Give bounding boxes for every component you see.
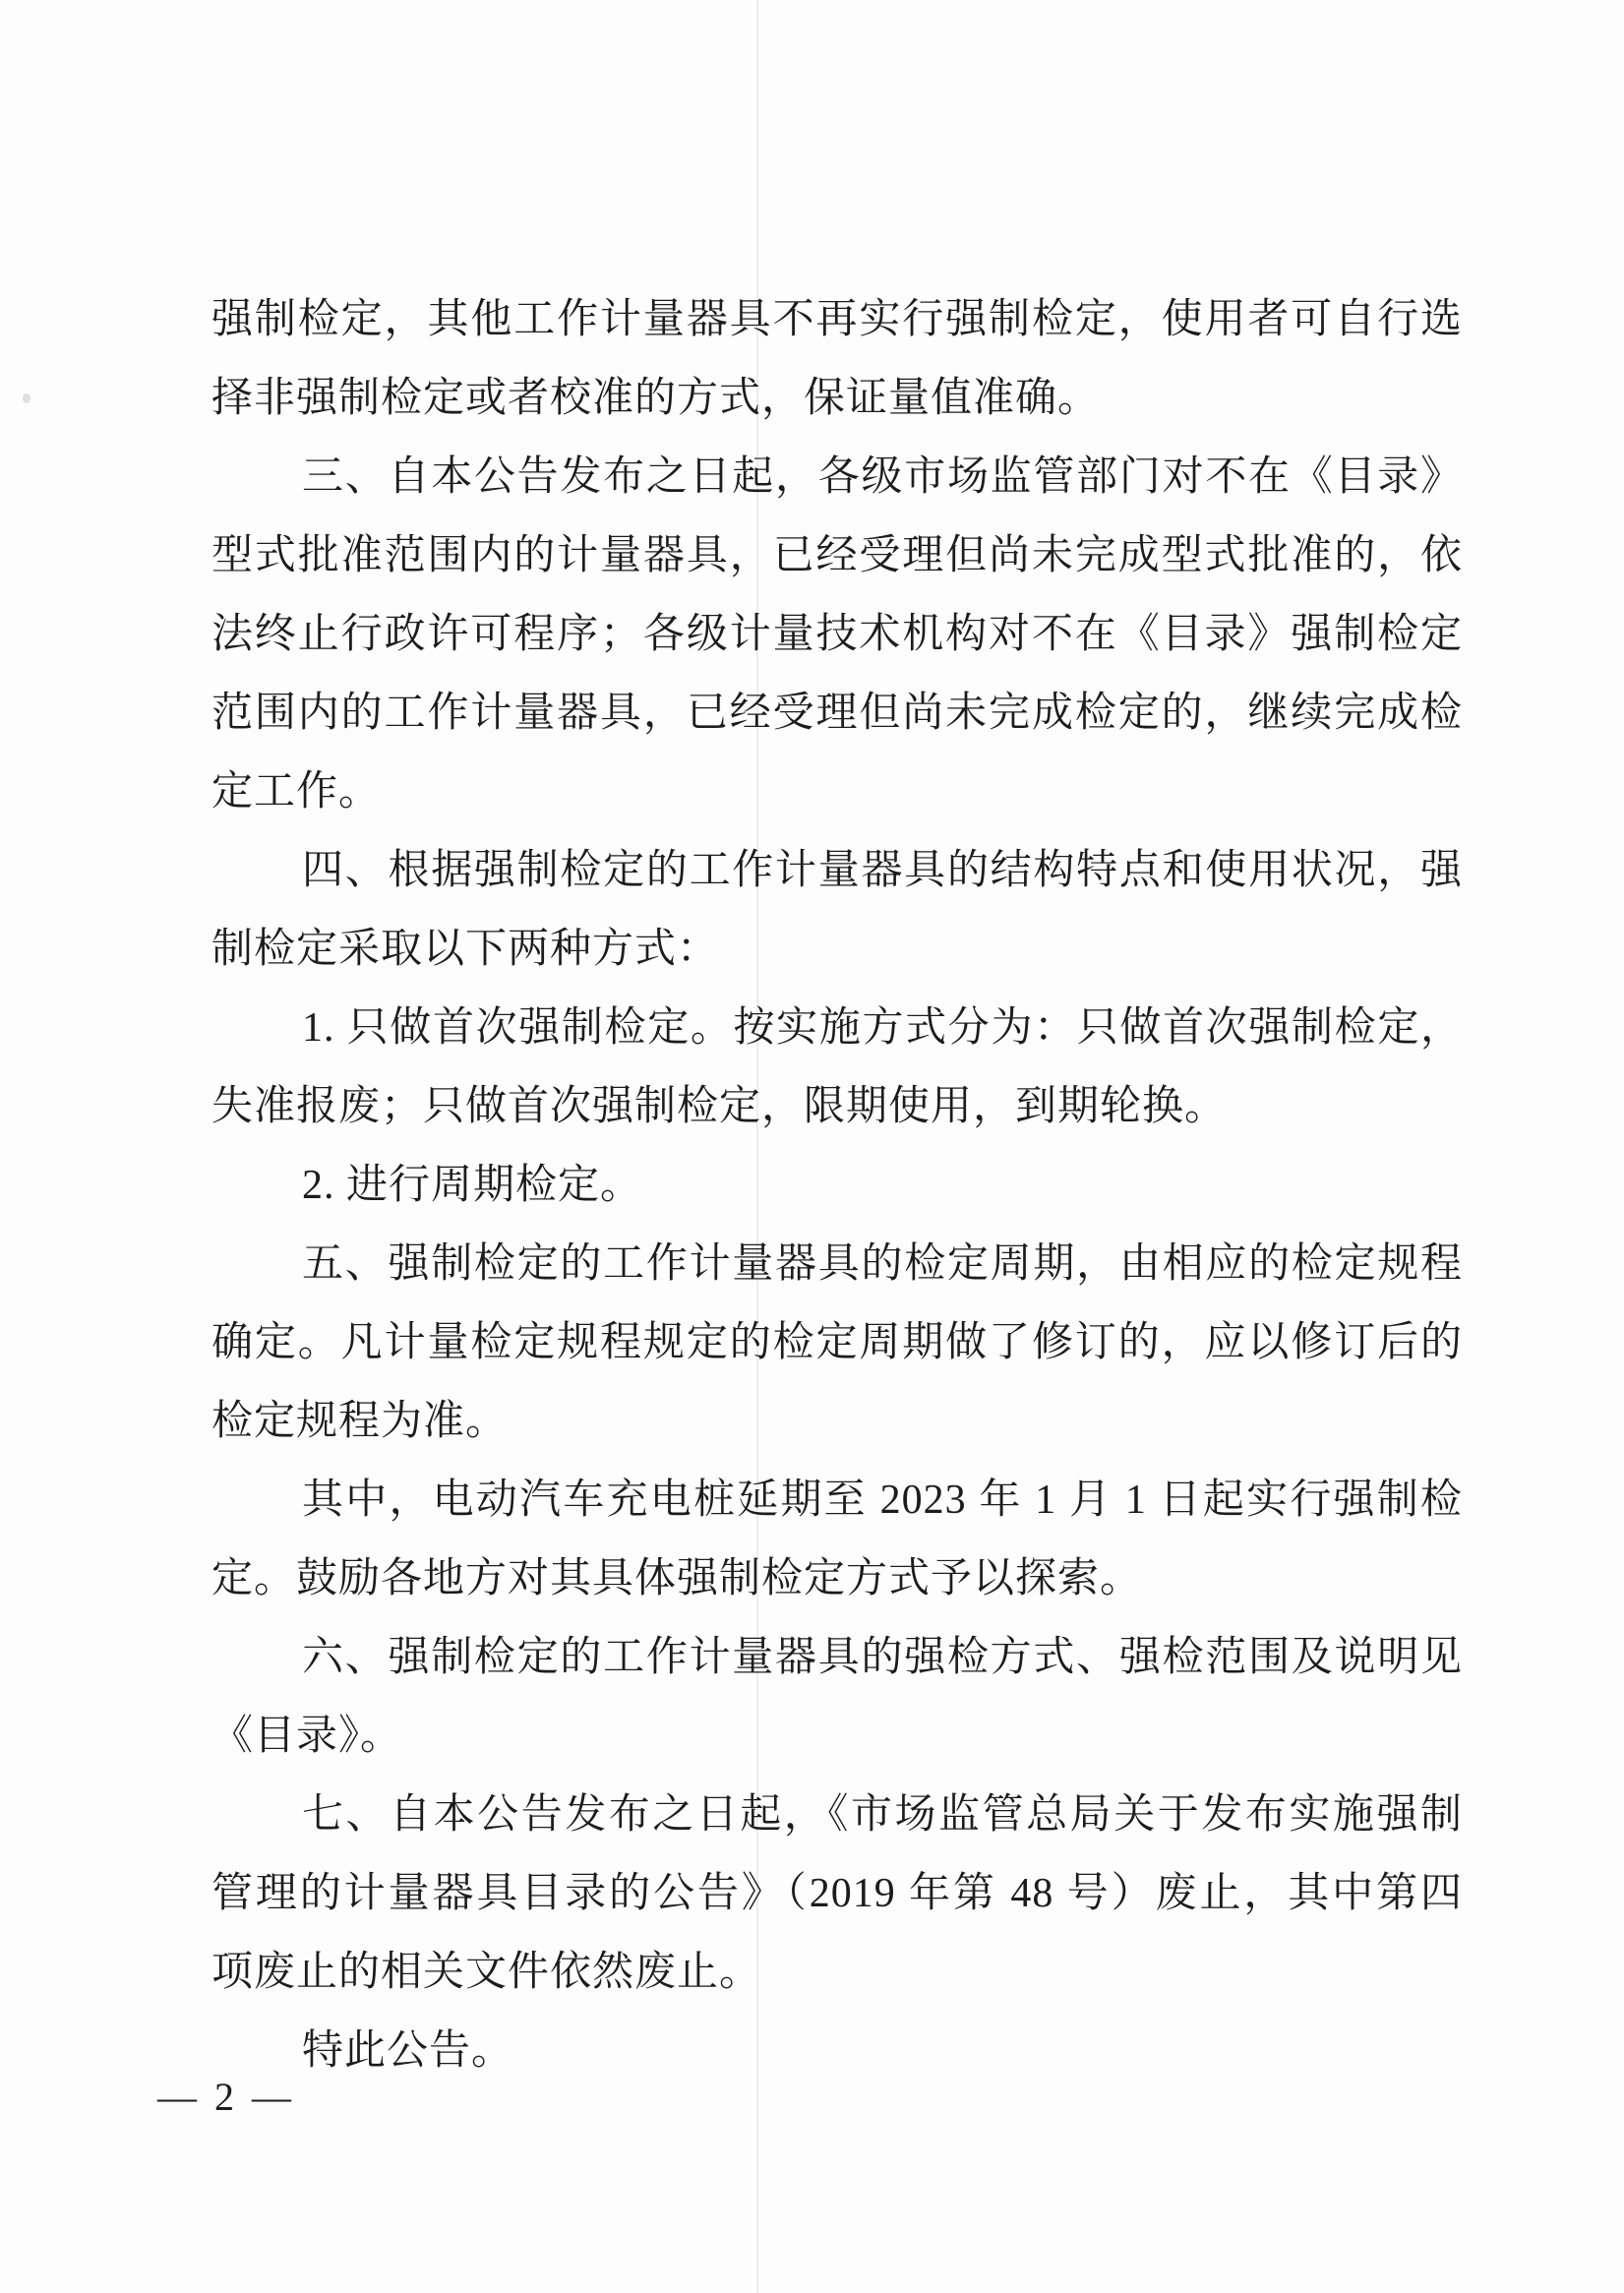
- document-line: 《目录》。: [211, 1697, 1463, 1776]
- document-line: 定工作。: [211, 753, 1463, 831]
- document-line: 三、自本公告发布之日起，各级市场监管部门对不在《目录》: [211, 438, 1463, 516]
- scan-speck: [23, 393, 30, 403]
- document-line: 2. 进行周期检定。: [211, 1146, 1463, 1225]
- document-line: 四、根据强制检定的工作计量器具的结构特点和使用状况，强: [211, 831, 1463, 910]
- document-line: 管理的计量器具目录的公告》（2019 年第 48 号）废止，其中第四: [211, 1854, 1463, 1933]
- document-line: 型式批准范围内的计量器具，已经受理但尚未完成型式批准的，依: [211, 516, 1463, 595]
- document-line: 项废止的相关文件依然废止。: [211, 1933, 1463, 2012]
- page-number: — 2 —: [157, 2074, 295, 2121]
- document-line: 范围内的工作计量器具，已经受理但尚未完成检定的，继续完成检: [211, 674, 1463, 753]
- document-page: 强制检定，其他工作计量器具不再实行强制检定，使用者可自行选择非强制检定或者校准的…: [0, 0, 1624, 2293]
- document-line: 强制检定，其他工作计量器具不再实行强制检定，使用者可自行选: [211, 280, 1463, 359]
- text-block: 强制检定，其他工作计量器具不再实行强制检定，使用者可自行选择非强制检定或者校准的…: [211, 280, 1463, 2090]
- document-line: 确定。凡计量检定规程规定的检定周期做了修订的，应以修订后的: [211, 1303, 1463, 1382]
- document-line: 失准报废；只做首次强制检定，限期使用，到期轮换。: [211, 1067, 1463, 1146]
- document-line: 七、自本公告发布之日起，《市场监管总局关于发布实施强制: [211, 1776, 1463, 1854]
- document-line: 六、强制检定的工作计量器具的强检方式、强检范围及说明见: [211, 1618, 1463, 1697]
- document-line: 定。鼓励各地方对其具体强制检定方式予以探索。: [211, 1539, 1463, 1618]
- document-line: 择非强制检定或者校准的方式，保证量值准确。: [211, 359, 1463, 438]
- document-line: 制检定采取以下两种方式：: [211, 910, 1463, 989]
- document-line: 检定规程为准。: [211, 1382, 1463, 1461]
- document-line: 特此公告。: [211, 2012, 1463, 2090]
- document-line: 其中，电动汽车充电桩延期至 2023 年 1 月 1 日起实行强制检: [211, 1461, 1463, 1539]
- document-line: 五、强制检定的工作计量器具的检定周期，由相应的检定规程: [211, 1225, 1463, 1303]
- document-line: 1. 只做首次强制检定。按实施方式分为：只做首次强制检定，: [211, 989, 1463, 1067]
- document-line: 法终止行政许可程序；各级计量技术机构对不在《目录》强制检定: [211, 595, 1463, 674]
